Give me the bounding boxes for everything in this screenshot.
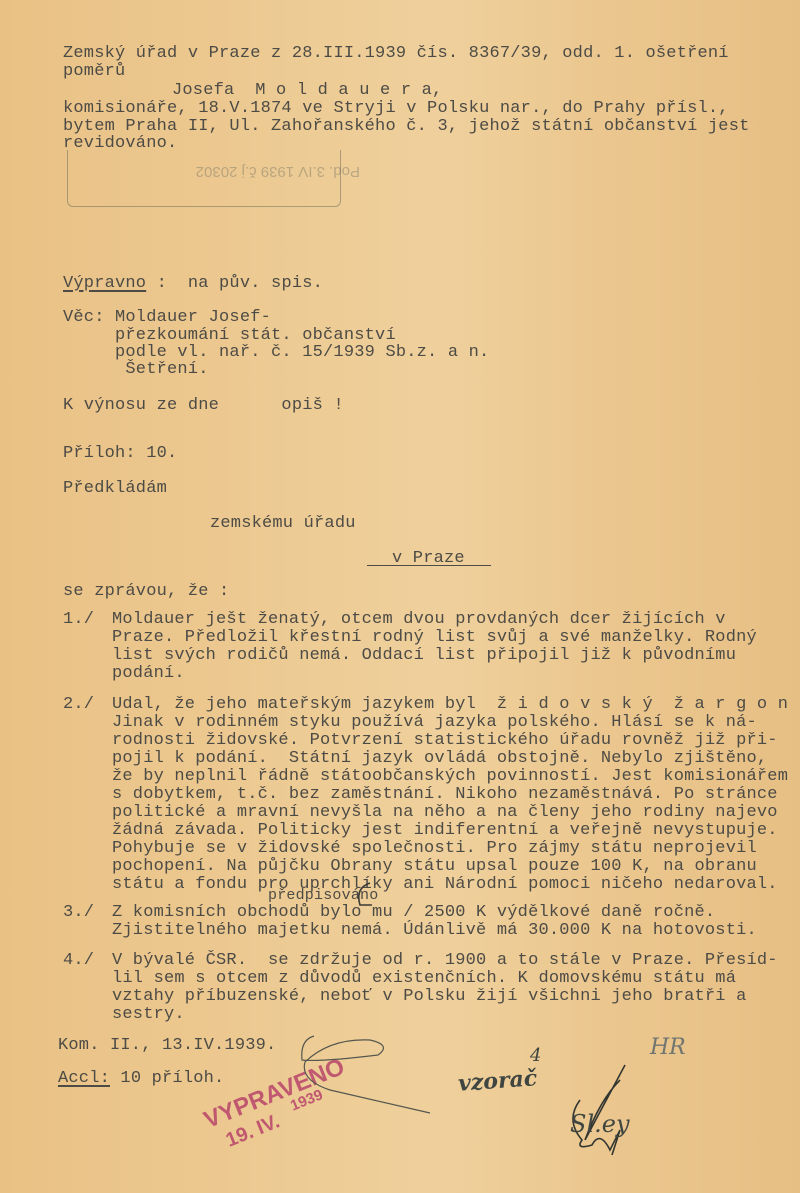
handwritten-signature: Sl.ey [570, 1110, 630, 1138]
handwritten-word: vzorač [457, 1065, 538, 1096]
pen-annotations [0, 0, 800, 1193]
handwritten-note-number: 4 [530, 1045, 541, 1066]
document-page: Zemský úřad v Praze z 28.III.1939 čís. 8… [0, 0, 800, 1193]
handwritten-initials: HR [650, 1035, 686, 1060]
